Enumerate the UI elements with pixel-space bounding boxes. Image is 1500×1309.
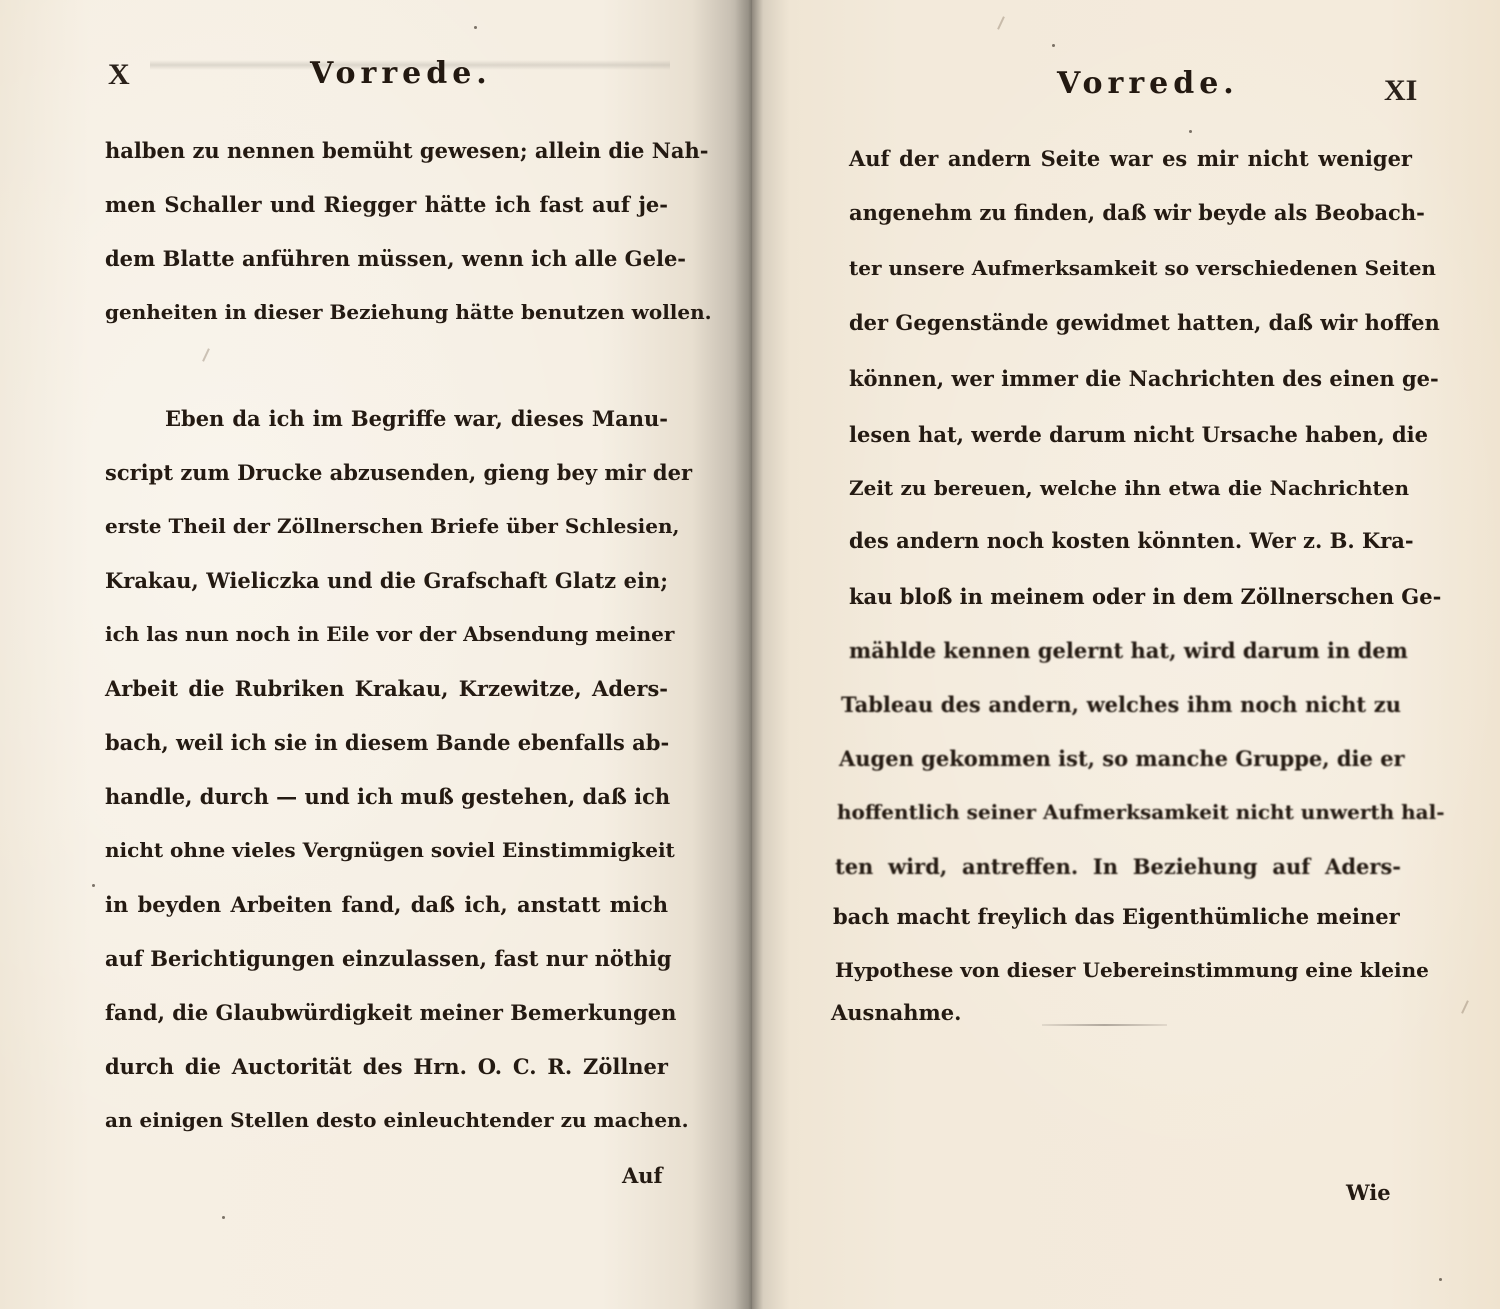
text-line: erste Theil der Zöllnerschen Briefe über… (105, 516, 668, 536)
paper-speck (222, 1216, 225, 1219)
text-line: angenehm zu finden, daß wir beyde als Be… (849, 202, 1412, 223)
end-of-section-rule (1042, 1024, 1167, 1026)
text-line: des andern noch kosten könnten. Wer z. B… (849, 530, 1407, 551)
text-line: ten wird, antreffen. In Beziehung auf Ad… (835, 856, 1401, 877)
text-line: lesen hat, werde darum nicht Ursache hab… (849, 424, 1409, 445)
text-line: bach, weil ich sie in diesem Bande ebenf… (105, 732, 668, 753)
text-line: auf Berichtigungen einzulassen, fast nur… (105, 948, 668, 969)
text-line: halben zu nennen bemüht gewesen; allein … (105, 140, 668, 161)
text-line: Augen gekommen ist, so manche Gruppe, di… (839, 748, 1403, 769)
text-line: durch die Auctorität des Hrn. O. C. R. Z… (105, 1056, 668, 1077)
text-line: kau bloß in meinem oder in dem Zöllnersc… (849, 586, 1409, 607)
book-spread: X Vorrede. halben zu nennen bemüht gewes… (0, 0, 1500, 1309)
left-page: X Vorrede. halben zu nennen bemüht gewes… (0, 0, 752, 1309)
paper-speck (92, 884, 95, 887)
left-page-body: halben zu nennen bemüht gewesen; allein … (105, 0, 668, 1309)
paper-speck (474, 26, 477, 29)
paper-speck (1439, 1278, 1442, 1281)
text-line: script zum Drucke abzusenden, gieng bey … (105, 462, 668, 483)
text-line: ich las nun noch in Eile vor der Absendu… (105, 624, 668, 644)
text-line: bach macht freylich das Eigenthümliche m… (833, 906, 1393, 927)
paper-speck (1052, 44, 1055, 47)
text-line: Zeit zu bereuen, welche ihn etwa die Nac… (849, 478, 1409, 498)
catchword: Auf (622, 1163, 663, 1188)
text-line: Tableau des andern, welches ihm noch nic… (841, 694, 1401, 715)
text-line: Krakau, Wieliczka und die Grafschaft Gla… (105, 570, 668, 591)
right-page-body: Auf der andern Seite war es mir nicht we… (849, 0, 1412, 1309)
text-line: dem Blatte anführen müssen, wenn ich all… (105, 248, 668, 269)
text-line: an einigen Stellen desto einleuchtender … (105, 1110, 668, 1130)
catchword: Wie (1346, 1180, 1391, 1205)
right-page: Vorrede. XI Auf der andern Seite war es … (752, 0, 1500, 1309)
text-line: Hypothese von dieser Uebereinstimmung ei… (835, 960, 1395, 980)
text-line: nicht ohne vieles Vergnügen soviel Einst… (105, 840, 668, 860)
text-line: ter unsere Aufmerksamkeit so verschieden… (849, 258, 1412, 278)
text-line: der Gegenstände gewidmet hatten, daß wir… (849, 312, 1409, 333)
text-line: in beyden Arbeiten fand, daß ich, anstat… (105, 894, 668, 915)
text-line: genheiten in dieser Beziehung hätte benu… (105, 302, 668, 322)
text-line: Ausnahme. (831, 1002, 961, 1023)
text-line: Arbeit die Rubriken Krakau, Krzewitze, A… (105, 678, 668, 699)
paper-speck (1189, 130, 1192, 133)
text-line: fand, die Glaubwürdigkeit meiner Bemerku… (105, 1002, 668, 1023)
text-line: können, wer immer die Nachrichten des ei… (849, 368, 1407, 389)
text-line: handle, durch — und ich muß gestehen, da… (105, 786, 668, 807)
text-line: mählde kennen gelernt hat, wird darum in… (849, 640, 1404, 661)
text-line: Eben da ich im Begriffe war, dieses Manu… (165, 408, 668, 429)
text-line: men Schaller und Riegger hätte ich fast … (105, 194, 668, 215)
text-line: Auf der andern Seite war es mir nicht we… (849, 148, 1412, 169)
text-line: hoffentlich seiner Aufmerksamkeit nicht … (837, 802, 1401, 822)
paper-fiber (1461, 1000, 1469, 1014)
